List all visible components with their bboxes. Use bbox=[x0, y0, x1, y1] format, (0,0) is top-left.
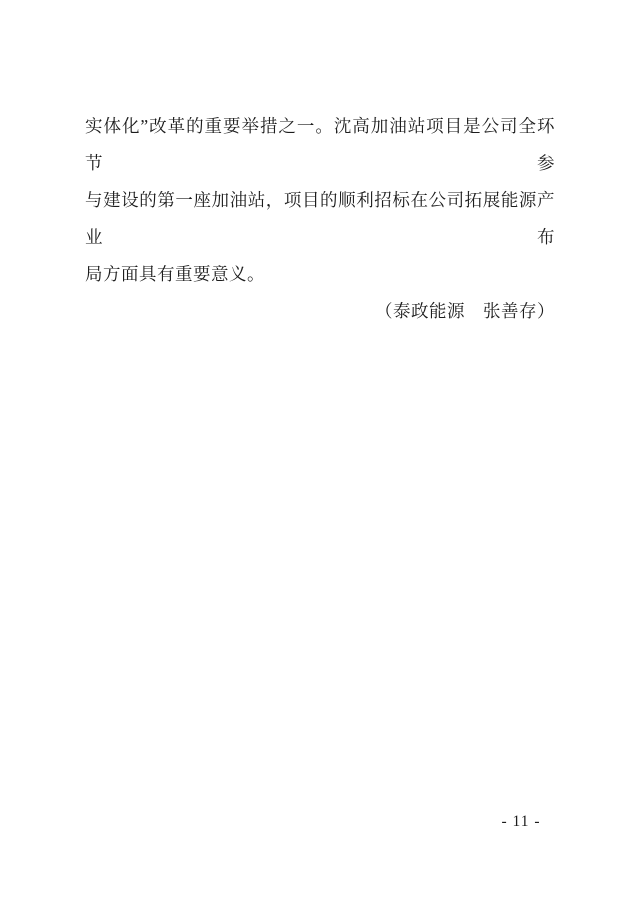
paragraph-line: 实体化”改革的重要举措之一。沈高加油站项目是公司全环节参 bbox=[85, 108, 555, 182]
document-page: 实体化”改革的重要举措之一。沈高加油站项目是公司全环节参 与建设的第一座加油站，… bbox=[0, 0, 636, 900]
paragraph-line: 局方面具有重要意义。 bbox=[85, 256, 555, 293]
signature-line: （泰政能源 张善存） bbox=[85, 293, 555, 330]
paragraph-line: 与建设的第一座加油站，项目的顺利招标在公司拓展能源产业布 bbox=[85, 182, 555, 256]
page-number: - 11 - bbox=[471, 813, 571, 831]
body-paragraph: 实体化”改革的重要举措之一。沈高加油站项目是公司全环节参 与建设的第一座加油站，… bbox=[85, 108, 555, 330]
